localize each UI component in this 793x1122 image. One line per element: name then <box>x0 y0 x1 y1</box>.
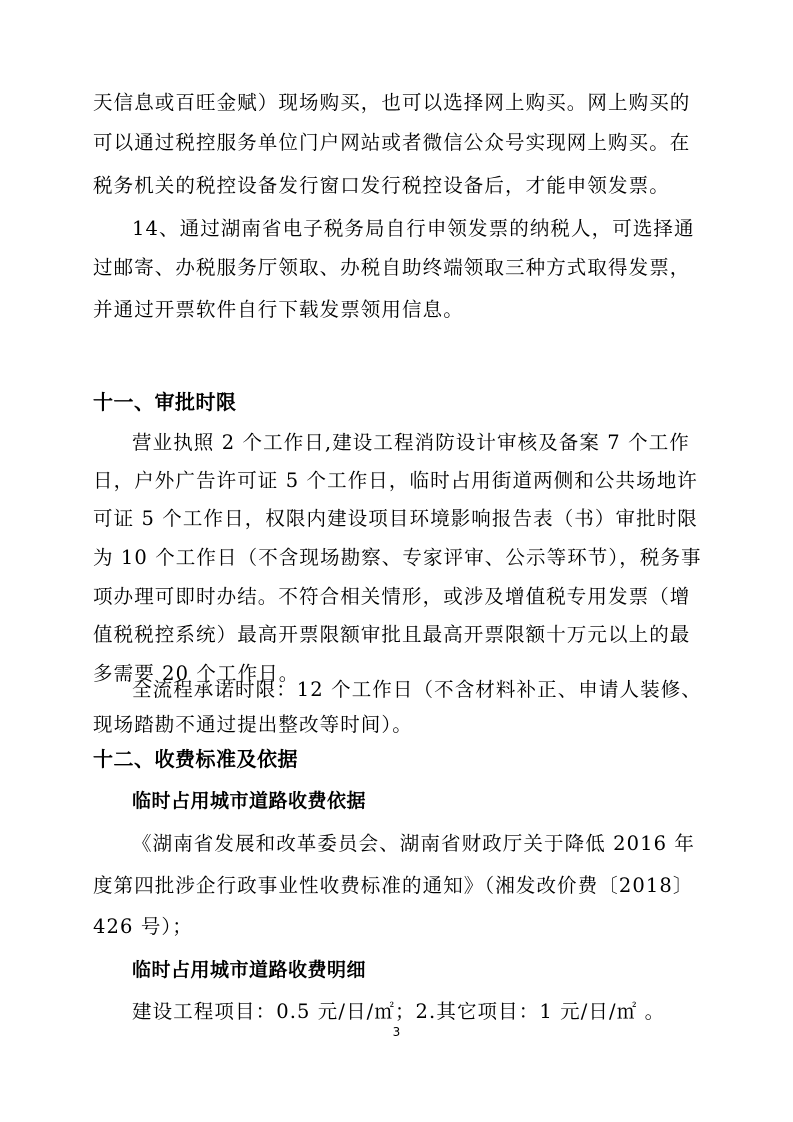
fee-basis-text-line: 度第四批涉企行政事业性收费标准的通知》（湘发改价费〔2018〕 <box>93 874 708 898</box>
body-text-line: 天信息或百旺金赋）现场购买，也可以选择网上购买。网上购买的 <box>93 91 708 115</box>
fee-basis-text-line: 426 号）； <box>93 915 708 939</box>
document-page: 天信息或百旺金赋）现场购买，也可以选择网上购买。网上购买的 可以通过税控服务单位… <box>0 0 793 1122</box>
section-11-text-line: 值税税控系统）最高开票限额审批且最高开票限额十万元以上的最 <box>93 623 708 647</box>
section-11-commitment-line: 现场踏勘不通过提出整改等时间）。 <box>93 713 708 737</box>
section-11-commitment-line: 全流程承诺时限：12 个工作日（不含材料补正、申请人装修、 <box>132 678 747 702</box>
fee-detail-subheading: 临时占用城市道路收费明细 <box>132 958 747 982</box>
item-14-line: 过邮寄、办税服务厅领取、办税自助终端领取三种方式取得发票， <box>93 256 708 280</box>
item-14-line: 并通过开票软件自行下载发票领用信息。 <box>93 298 708 322</box>
body-text-line: 税务机关的税控设备发行窗口发行税控设备后，才能申领发票。 <box>93 174 708 198</box>
section-11-heading: 十一、审批时限 <box>93 390 708 414</box>
section-11-text-line: 项办理可即时办结。不符合相关情形，或涉及增值税专用发票（增 <box>93 585 708 609</box>
section-12-heading: 十二、收费标准及依据 <box>93 747 708 771</box>
section-11-text-line: 日，户外广告许可证 5 个工作日，临时占用街道两侧和公共场地许 <box>93 469 708 493</box>
fee-basis-text-line: 《湖南省发展和改革委员会、湖南省财政厅关于降低 2016 年 <box>132 832 747 856</box>
body-text-line: 可以通过税控服务单位门户网站或者微信公众号实现网上购买。在 <box>93 131 708 155</box>
section-11-text-line: 可证 5 个工作日，权限内建设项目环境影响报告表（书）审批时限 <box>93 507 708 531</box>
fee-detail-text-line: 建设工程项目：0.5 元/日/㎡；2.其它项目：1 元/日/㎡ 。 <box>132 1000 747 1024</box>
section-11-text-line: 营业执照 2 个工作日,建设工程消防设计审核及备案 7 个工作 <box>132 431 747 455</box>
section-11-text-line: 为 10 个工作日（不含现场勘察、专家评审、公示等环节），税务事 <box>93 546 708 570</box>
item-14-line: 14、通过湖南省电子税务局自行申领发票的纳税人，可选择通 <box>132 217 747 241</box>
fee-basis-subheading: 临时占用城市道路收费依据 <box>132 789 747 813</box>
page-number: 3 <box>0 1025 793 1039</box>
